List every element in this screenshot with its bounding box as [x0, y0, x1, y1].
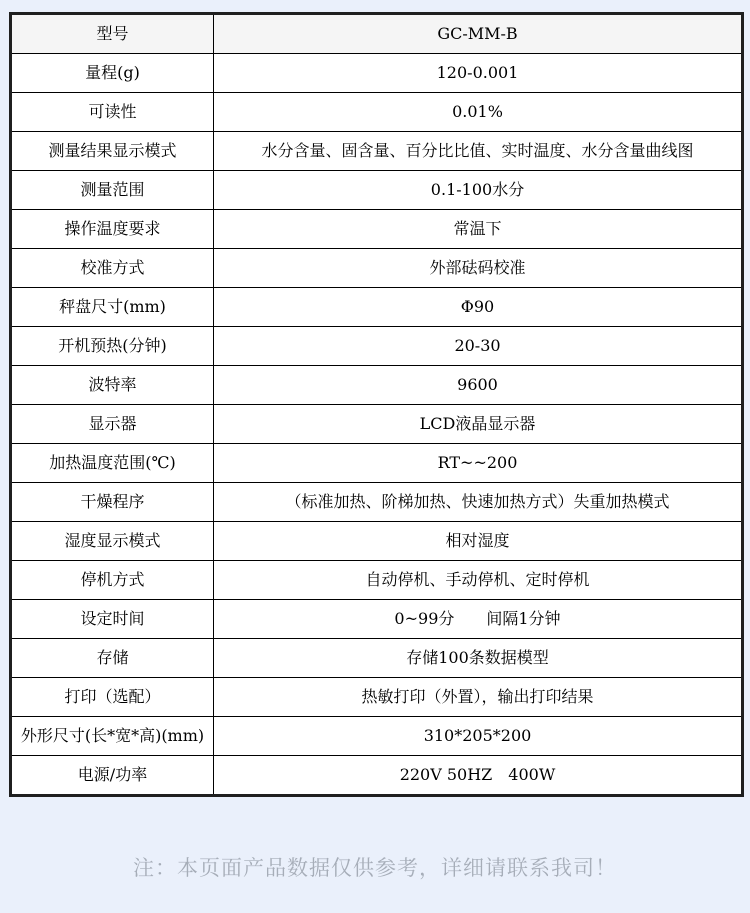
spec-label: 测量结果显示模式 — [11, 132, 214, 171]
table-row: 干燥程序（标准加热、阶梯加热、快速加热方式）失重加热模式 — [11, 483, 743, 522]
product-spec-table: 型号GC-MM-B量程(g)120-0.001可读性0.01%测量结果显示模式水… — [9, 12, 744, 797]
table-row: 停机方式自动停机、手动停机、定时停机 — [11, 561, 743, 600]
spec-value: RT~~200 — [214, 444, 743, 483]
table-row: 显示器LCD液晶显示器 — [11, 405, 743, 444]
table-row: 开机预热(分钟)20-30 — [11, 327, 743, 366]
spec-label: 存储 — [11, 639, 214, 678]
page: 型号GC-MM-B量程(g)120-0.001可读性0.01%测量结果显示模式水… — [0, 0, 750, 913]
spec-value: 310*205*200 — [214, 717, 743, 756]
spec-value: 20-30 — [214, 327, 743, 366]
table-row: 测量范围0.1-100水分 — [11, 171, 743, 210]
spec-value: 自动停机、手动停机、定时停机 — [214, 561, 743, 600]
footer-note: 注：本页面产品数据仅供参考，详细请联系我司！ — [0, 852, 750, 882]
table-row: 存储存储100条数据模型 — [11, 639, 743, 678]
spec-label: 电源/功率 — [11, 756, 214, 796]
table-row: 操作温度要求常温下 — [11, 210, 743, 249]
spec-label: 测量范围 — [11, 171, 214, 210]
table-row: 量程(g)120-0.001 — [11, 54, 743, 93]
spec-value: 相对湿度 — [214, 522, 743, 561]
spec-value: 水分含量、固含量、百分比比值、实时温度、水分含量曲线图 — [214, 132, 743, 171]
table-row: 校准方式外部砝码校准 — [11, 249, 743, 288]
spec-label: 波特率 — [11, 366, 214, 405]
spec-value: GC-MM-B — [214, 14, 743, 54]
spec-value: （标准加热、阶梯加热、快速加热方式）失重加热模式 — [214, 483, 743, 522]
spec-label: 可读性 — [11, 93, 214, 132]
spec-label: 湿度显示模式 — [11, 522, 214, 561]
table-row: 电源/功率220V 50HZ 400W — [11, 756, 743, 796]
spec-value: 存储100条数据模型 — [214, 639, 743, 678]
spec-label: 秤盘尺寸(mm) — [11, 288, 214, 327]
spec-table-body: 型号GC-MM-B量程(g)120-0.001可读性0.01%测量结果显示模式水… — [11, 14, 743, 796]
spec-value: 外部砝码校准 — [214, 249, 743, 288]
table-row: 外形尺寸(长*宽*高)(mm)310*205*200 — [11, 717, 743, 756]
spec-value: 0.1-100水分 — [214, 171, 743, 210]
spec-label: 停机方式 — [11, 561, 214, 600]
spec-label: 加热温度范围(℃) — [11, 444, 214, 483]
table-row: 型号GC-MM-B — [11, 14, 743, 54]
table-row: 波特率9600 — [11, 366, 743, 405]
spec-value: 9600 — [214, 366, 743, 405]
spec-value: 热敏打印（外置），输出打印结果 — [214, 678, 743, 717]
spec-label: 设定时间 — [11, 600, 214, 639]
spec-value: 常温下 — [214, 210, 743, 249]
spec-label: 开机预热(分钟) — [11, 327, 214, 366]
spec-value: 0~99分 间隔1分钟 — [214, 600, 743, 639]
spec-value: LCD液晶显示器 — [214, 405, 743, 444]
spec-value: 120-0.001 — [214, 54, 743, 93]
table-row: 秤盘尺寸(mm)Φ90 — [11, 288, 743, 327]
spec-label: 干燥程序 — [11, 483, 214, 522]
spec-table-container: 型号GC-MM-B量程(g)120-0.001可读性0.01%测量结果显示模式水… — [9, 12, 744, 797]
table-row: 测量结果显示模式水分含量、固含量、百分比比值、实时温度、水分含量曲线图 — [11, 132, 743, 171]
spec-label: 打印（选配） — [11, 678, 214, 717]
table-row: 湿度显示模式相对湿度 — [11, 522, 743, 561]
table-row: 设定时间0~99分 间隔1分钟 — [11, 600, 743, 639]
table-row: 可读性0.01% — [11, 93, 743, 132]
table-row: 打印（选配）热敏打印（外置），输出打印结果 — [11, 678, 743, 717]
spec-label: 外形尺寸(长*宽*高)(mm) — [11, 717, 214, 756]
spec-label: 量程(g) — [11, 54, 214, 93]
spec-label: 显示器 — [11, 405, 214, 444]
table-row: 加热温度范围(℃)RT~~200 — [11, 444, 743, 483]
spec-value: 220V 50HZ 400W — [214, 756, 743, 796]
spec-label: 操作温度要求 — [11, 210, 214, 249]
spec-label: 校准方式 — [11, 249, 214, 288]
spec-label: 型号 — [11, 14, 214, 54]
spec-value: 0.01% — [214, 93, 743, 132]
spec-value: Φ90 — [214, 288, 743, 327]
